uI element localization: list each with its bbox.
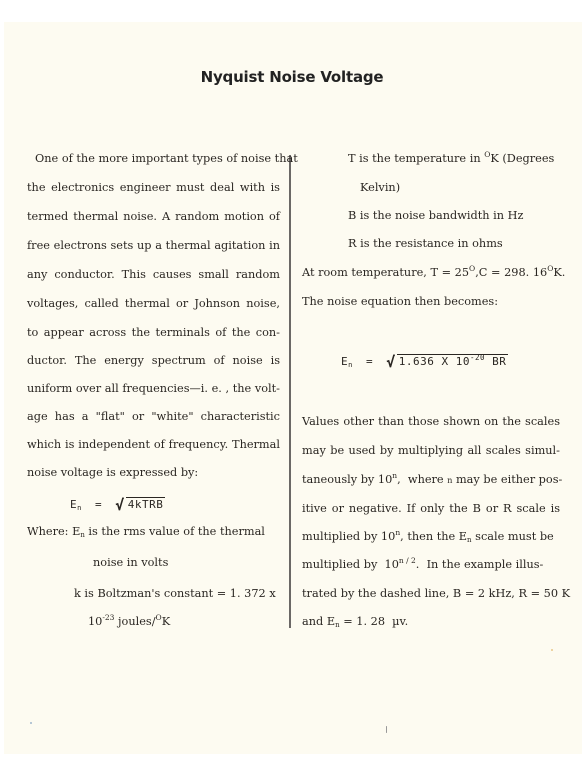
- definition-r: R is the resistance in ohms: [348, 237, 503, 251]
- k-exp-base: 10: [88, 615, 102, 628]
- paragraph-line: which is independent of frequency. Therm…: [27, 438, 280, 452]
- thermal-noise-equation: En = √4kTRB: [70, 498, 165, 512]
- radicand-a: 1.636 X 10: [399, 355, 470, 368]
- square-root: √1.636 X 10-20 BR: [386, 355, 508, 369]
- eq-radicand: 1.636 X 10-20 BR: [397, 354, 509, 368]
- column-divider: [289, 155, 291, 628]
- eq-equals: =: [95, 498, 102, 511]
- page-title: Nyquist Noise Voltage: [0, 68, 584, 86]
- text-segment: scale must be: [472, 530, 554, 543]
- t-text: T is the temperature in: [348, 152, 484, 165]
- paragraph-line: noise voltage is expressed by:: [27, 466, 198, 480]
- paragraph-line: to appear across the terminals of the co…: [27, 326, 280, 340]
- radicand-b: BR: [485, 355, 506, 368]
- definition-en: Where: En is the rms value of the therma…: [27, 525, 280, 539]
- paragraph-line: voltages, called thermal or Johnson nois…: [27, 297, 280, 311]
- paragraph-line: trated by the dashed line, B = 2 kHz, R …: [302, 587, 570, 601]
- paragraph-line: free electrons sets up a thermal agitati…: [27, 239, 280, 253]
- paragraph-line: the electronics engineer must deal with …: [27, 181, 280, 195]
- paragraph-line: multiplied by 10n / 2. In the example il…: [302, 558, 543, 572]
- eq-lhs-sub: n: [348, 361, 353, 369]
- square-root: √4kTRB: [115, 498, 165, 512]
- definition-en-cont: noise in volts: [93, 556, 168, 570]
- en-sub: n: [80, 531, 85, 539]
- paragraph-line: multiplied by 10n, then the En scale mus…: [302, 530, 554, 544]
- radical-sign-icon: √: [386, 353, 396, 371]
- paragraph-line: uniform over all frequencies—i. e. , the…: [27, 382, 280, 396]
- text-segment: multiplied by 10: [302, 558, 399, 571]
- text-segment: taneously by 10: [302, 473, 392, 486]
- room-temp-noise-equation: En = √1.636 X 10-20 BR: [341, 355, 508, 369]
- paragraph-line: termed thermal noise. A random motion of: [27, 210, 280, 224]
- en-definition-text: is the rms value of the thermal: [88, 525, 265, 538]
- definition-b: B is the noise bandwidth in Hz: [348, 209, 523, 223]
- paper-mark: [386, 726, 387, 733]
- eq-lhs-sub: n: [77, 504, 82, 512]
- k-unit-end: K: [162, 615, 170, 628]
- room-temp-c: K.: [553, 266, 565, 279]
- paragraph-line: any conductor. This causes small random: [27, 268, 280, 282]
- text-segment: . In the example illus-: [416, 558, 544, 571]
- paragraph-line: itive or negative. If only the B or R sc…: [302, 502, 560, 516]
- definition-t: T is the temperature in OK (Degrees: [348, 152, 554, 166]
- equation-intro: The noise equation then becomes:: [302, 295, 498, 309]
- k-units: joules/: [114, 615, 155, 628]
- where-label: Where:: [27, 525, 68, 538]
- room-temp-a: At room temperature, T = 25: [302, 266, 469, 279]
- radicand-exponent: -20: [470, 353, 485, 362]
- k-exponent: -23: [102, 613, 114, 622]
- definition-t-cont: Kelvin): [360, 181, 400, 195]
- room-temperature-line: At room temperature, T = 25O,C = 298. 16…: [302, 266, 565, 280]
- paragraph-line: One of the more important types of noise…: [27, 152, 280, 166]
- exponent: n / 2: [399, 556, 416, 565]
- paragraph-line: ductor. The energy spectrum of noise is: [27, 354, 280, 368]
- text-segment: = 1. 28 µv.: [340, 615, 409, 628]
- room-temp-b: ,C = 298. 16: [475, 266, 547, 279]
- text-segment: and E: [302, 615, 335, 628]
- paragraph-line: taneously by 10n, where n may be either …: [302, 473, 560, 488]
- paper-speck: [551, 649, 553, 651]
- definition-k: k is Boltzman's constant = 1. 372 x: [74, 587, 276, 601]
- eq-equals: =: [366, 355, 373, 368]
- paragraph-line: Values other than those shown on the sca…: [302, 415, 560, 429]
- eq-radicand: 4kTRB: [126, 497, 166, 511]
- paragraph-line: may be used by multiplying all scales si…: [302, 444, 560, 458]
- radical-sign-icon: √: [115, 496, 125, 514]
- t-text-end: K (Degrees: [490, 152, 554, 165]
- paragraph-line: and En = 1. 28 µv.: [302, 615, 408, 629]
- text-segment: , where: [397, 473, 447, 486]
- paper-speck: [30, 722, 32, 724]
- text-segment: multiplied by 10: [302, 530, 395, 543]
- text-segment: , then the E: [400, 530, 467, 543]
- definition-k-cont: 10-23 joules/OK: [88, 615, 170, 629]
- text-segment: may be either pos-: [452, 473, 562, 486]
- paragraph-line: age has a "flat" or "white" characterist…: [27, 410, 280, 424]
